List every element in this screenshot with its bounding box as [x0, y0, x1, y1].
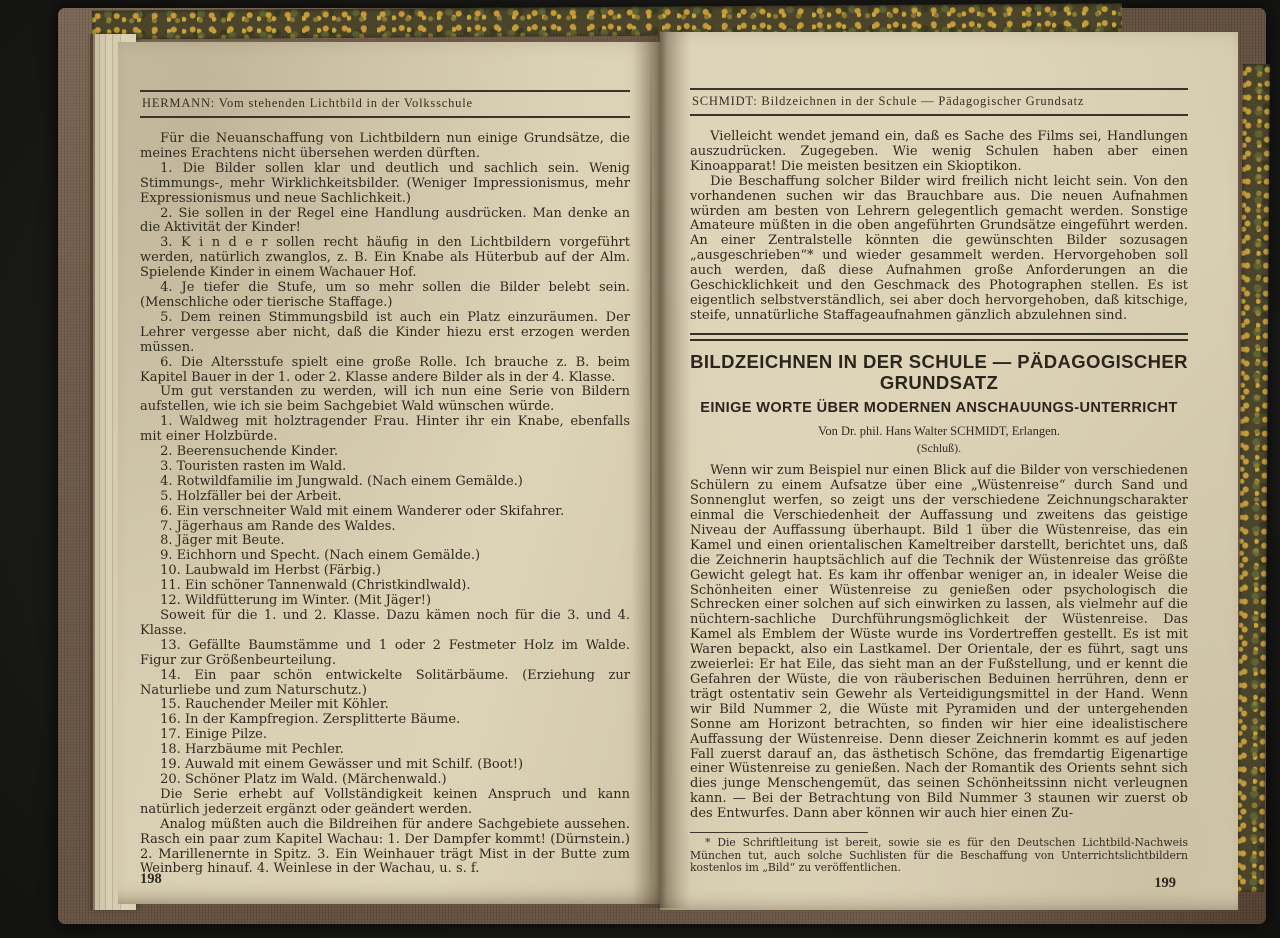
paragraph: 1. Waldweg mit holztragender Frau. Hinte… [140, 415, 630, 445]
footnote-rule [690, 832, 868, 833]
paragraph: 15. Rauchender Meiler mit Köhler. [140, 698, 630, 713]
left-page: HERMANN: Vom stehenden Lichtbild in der … [118, 42, 660, 904]
paragraph: 1. Die Bilder sollen klar und deutlich u… [140, 162, 630, 207]
paragraph: Um gut verstanden zu werden, will ich nu… [140, 385, 630, 415]
paragraph: 8. Jäger mit Beute. [140, 534, 630, 549]
paragraph: 10. Laubwald im Herbst (Färbig.) [140, 564, 630, 579]
paragraph: 11. Ein schöner Tannenwald (Christkindlw… [140, 579, 630, 594]
paragraph: Die Beschaffung solcher Bilder wird frei… [690, 175, 1188, 324]
paragraph: 6. Die Altersstufe spielt eine große Rol… [140, 356, 630, 386]
article-body: Wenn wir zum Beispiel nur einen Blick au… [690, 464, 1188, 822]
paragraph: 6. Ein verschneiter Wald mit einem Wande… [140, 505, 630, 520]
paragraph: Soweit für die 1. und 2. Klasse. Dazu kä… [140, 609, 630, 639]
paragraph: 3. K i n d e r sollen recht häufig in de… [140, 236, 630, 281]
paragraph: 19. Auwald mit einem Gewässer und mit Sc… [140, 758, 630, 773]
left-page-body: Für die Neuanschaffung von Lichtbildern … [140, 132, 630, 877]
paragraph: 4. Je tiefer die Stufe, um so mehr solle… [140, 281, 630, 311]
paragraph: 14. Ein paar schön entwickelte Solitärbä… [140, 669, 630, 699]
left-running-head: HERMANN: Vom stehenden Lichtbild in der … [140, 90, 630, 118]
paragraph: Wenn wir zum Beispiel nur einen Blick au… [690, 464, 1188, 822]
right-page: SCHMIDT: Bildzeichnen in der Schule — Pä… [660, 32, 1238, 910]
right-running-head: SCHMIDT: Bildzeichnen in der Schule — Pä… [690, 88, 1188, 116]
article-continuation-note: (Schluß). [690, 441, 1188, 456]
paragraph: 4. Rotwildfamilie im Jungwald. (Nach ein… [140, 475, 630, 490]
marbled-paper-right-edge [1237, 64, 1270, 892]
article-title: BILDZEICHNEN IN DER SCHULE — PÄDAGOGISCH… [690, 351, 1188, 394]
paragraph: 18. Harzbäume mit Pechler. [140, 743, 630, 758]
paragraph: 16. In der Kampfregion. Zersplitterte Bä… [140, 713, 630, 728]
paragraph: 20. Schöner Platz im Wald. (Märchenwald.… [140, 773, 630, 788]
paragraph: Für die Neuanschaffung von Lichtbildern … [140, 132, 630, 162]
paragraph: Analog müßten auch die Bildreihen für an… [140, 818, 630, 878]
scanned-book-spread: HERMANN: Vom stehenden Lichtbild in der … [0, 0, 1280, 938]
paragraph: 5. Holzfäller bei der Arbeit. [140, 490, 630, 505]
article-byline: Von Dr. phil. Hans Walter SCHMIDT, Erlan… [690, 424, 1188, 439]
article-subtitle: EINIGE WORTE ÜBER MODERNEN ANSCHAUUNGS-U… [690, 400, 1188, 417]
paragraph: 9. Eichhorn und Specht. (Nach einem Gemä… [140, 549, 630, 564]
paragraph: 2. Beerensuchende Kinder. [140, 445, 630, 460]
paragraph: Die Serie erhebt auf Vollständigkeit kei… [140, 788, 630, 818]
left-page-text-column: HERMANN: Vom stehenden Lichtbild in der … [140, 90, 630, 877]
footnote-text: * Die Schriftleitung ist bereit, sowie s… [690, 837, 1188, 875]
right-page-intro: Vielleicht wendet jemand ein, daß es Sac… [690, 130, 1188, 324]
paragraph: 7. Jägerhaus am Rande des Waldes. [140, 520, 630, 535]
right-page-text-column: SCHMIDT: Bildzeichnen in der Schule — Pä… [690, 88, 1188, 875]
right-page-number: 199 [1154, 875, 1176, 892]
paragraph: 3. Touristen rasten im Wald. [140, 460, 630, 475]
paragraph: 12. Wildfütterung im Winter. (Mit Jäger!… [140, 594, 630, 609]
paragraph: 17. Einige Pilze. [140, 728, 630, 743]
paragraph: Vielleicht wendet jemand ein, daß es Sac… [690, 130, 1188, 175]
left-page-number: 198 [140, 871, 162, 888]
section-divider-rule [690, 333, 1188, 341]
paragraph: 13. Gefällte Baumstämme und 1 oder 2 Fes… [140, 639, 630, 669]
paragraph: 2. Sie sollen in der Regel eine Handlung… [140, 207, 630, 237]
paragraph: 5. Dem reinen Stimmungsbild ist auch ein… [140, 311, 630, 356]
